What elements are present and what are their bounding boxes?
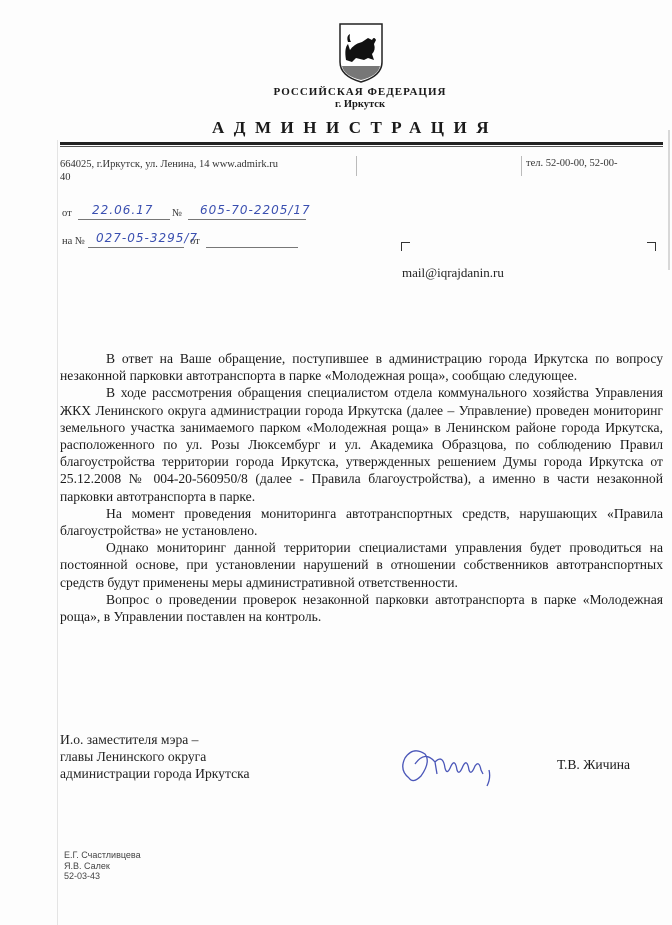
organization-title: АДМИНИСТРАЦИЯ (212, 118, 498, 138)
executor-phone: 52-03-43 (64, 871, 141, 882)
header-rule-thick (60, 142, 663, 145)
signer-name: Т.В. Жичина (557, 757, 630, 773)
signer-title-line: И.о. заместителя мэра – (60, 731, 250, 748)
letter-body: В ответ на Ваше обращение, поступившее в… (60, 350, 663, 625)
scan-margin-line (57, 140, 58, 925)
executor-name: Е.Г. Счастливцева (64, 850, 141, 861)
phone-separator (521, 156, 522, 176)
executor-block: Е.Г. Счастливцева Я.В. Салек 52-03-43 (64, 850, 141, 882)
reply-number-underline (88, 247, 184, 248)
body-paragraph: В ходе рассмотрения обращения специалист… (60, 384, 663, 504)
federation-title: РОССИЙСКАЯ ФЕДЕРАЦИЯ (24, 86, 672, 98)
signer-title-line: главы Ленинского округа (60, 748, 250, 765)
reply-from-underline (206, 247, 298, 248)
number-label: № (172, 208, 182, 219)
address-block: 664025, г.Иркутск, ул. Ленина, 14 www.ad… (60, 158, 278, 184)
reply-to-label: на № (62, 236, 85, 247)
address-corner-right (647, 242, 656, 251)
body-paragraph: На момент проведения мониторинга автотра… (60, 505, 663, 539)
header-rule-thin (60, 146, 663, 147)
from-label: от (62, 208, 72, 219)
body-paragraph: Вопрос о проведении проверок незаконной … (60, 591, 663, 625)
reply-from-label: от (190, 236, 200, 247)
phone-number: тел. 52-00-00, 52-00- (526, 158, 617, 169)
signer-title: И.о. заместителя мэра – главы Ленинского… (60, 731, 250, 783)
handwritten-signature-icon (395, 740, 507, 790)
address-corner-left (401, 242, 410, 251)
reply-number-handwritten: 027-05-3295/7 (96, 231, 198, 245)
scan-edge-shadow (668, 130, 670, 270)
city-title: г. Иркутск (24, 99, 672, 110)
coat-of-arms-icon (338, 22, 384, 84)
address-separator (356, 156, 357, 176)
outgoing-number-handwritten: 605-70-2205/17 (200, 203, 311, 217)
body-paragraph: Однако мониторинг данной территории спец… (60, 539, 663, 591)
signer-title-line: администрации города Иркутска (60, 765, 250, 782)
address-line-cont: 40 (60, 171, 278, 184)
from-date-underline (78, 219, 170, 220)
number-underline (188, 219, 306, 220)
executor-name: Я.В. Салек (64, 861, 141, 872)
body-paragraph: В ответ на Ваше обращение, поступившее в… (60, 350, 663, 384)
from-date-handwritten: 22.06.17 (92, 203, 153, 217)
recipient-email: mail@iqrajdanin.ru (402, 265, 504, 281)
address-line: 664025, г.Иркутск, ул. Ленина, 14 www.ad… (60, 158, 278, 171)
